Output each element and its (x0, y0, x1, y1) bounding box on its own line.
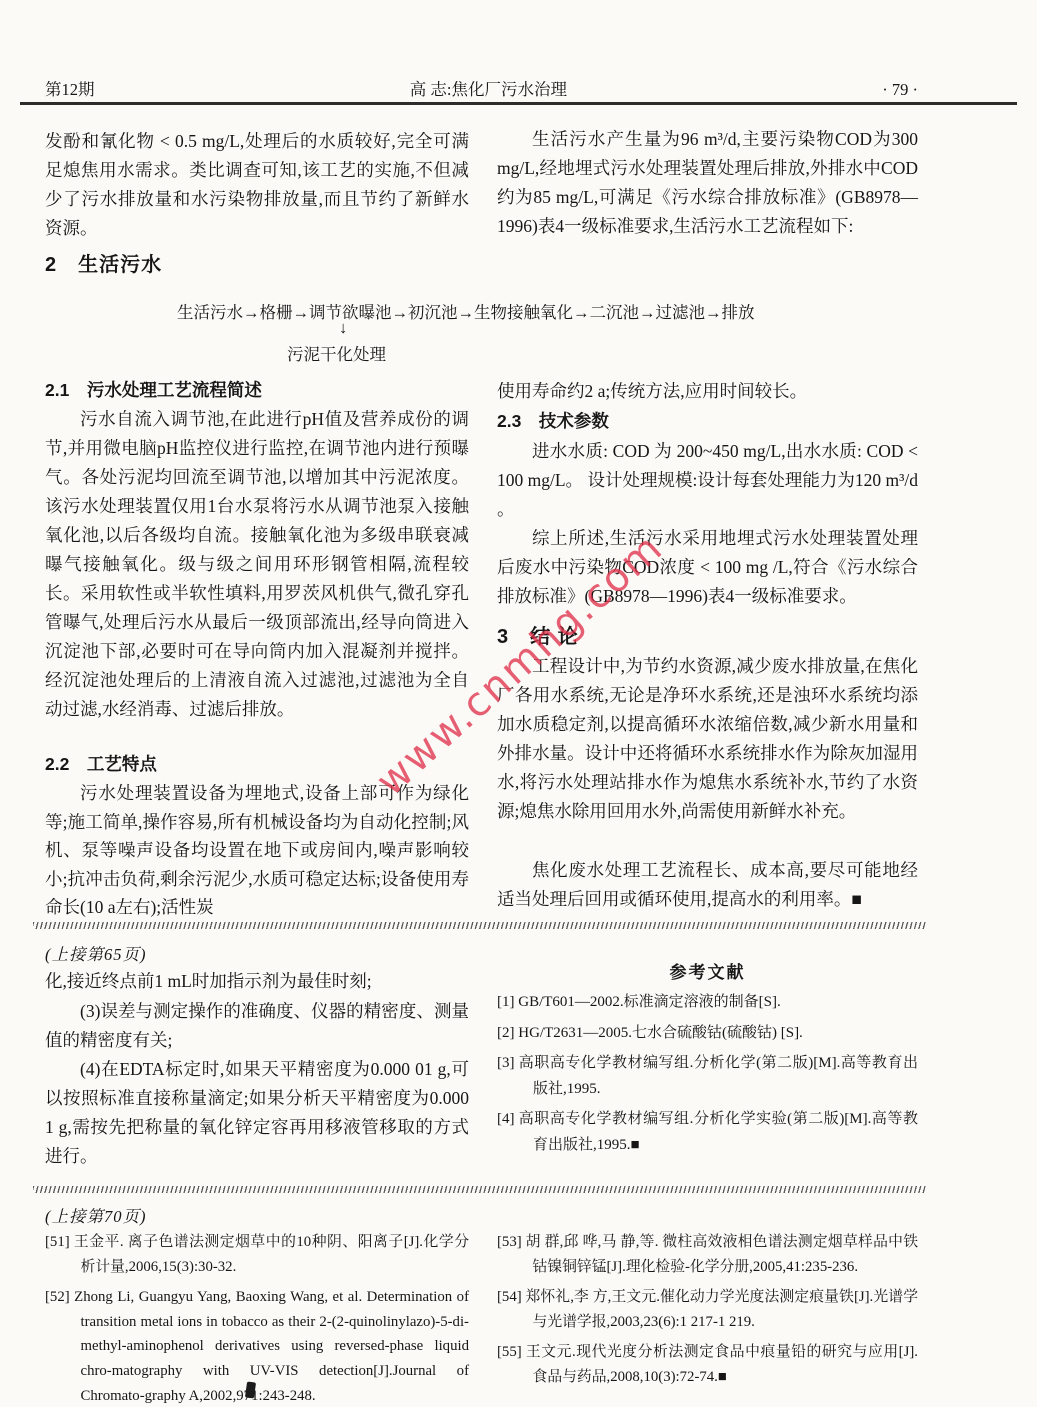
reference-item: [53] 胡 群,邱 哗,马 静,等. 微柱高效液相色谱法测定烟草样品中铁钴镍铜… (497, 1230, 918, 1279)
section-body-3-p2: 焦化废水处理工艺流程长、成本高,要尽可能地经适当处理后回用或循环使用,提高水的利… (497, 856, 918, 914)
continuation-label-65: (上接第65页) (45, 941, 147, 965)
section-body-2-3-p2: 综上所述,生活污水采用地埋式污水处理装置处理后废水中污染物COD浓度 < 100… (497, 524, 918, 611)
references-title: 参考文献 (497, 958, 918, 983)
section-divider-top (33, 922, 926, 929)
journal-issue: 第12期 (45, 76, 95, 100)
header-rule (20, 102, 1017, 105)
reference-item: [3] 高职高专化学教材编写组.分析化学(第二版)[M].高等教育出版社,199… (497, 1051, 918, 1102)
section-2-2-continued: 使用寿命约2 a;传统方法,应用时间较长。 (497, 377, 918, 406)
flow-main-line: 生活污水→格栅→调节欲曝池→初沉池→生物接触氧化→二沉池→过滤池→排放 (177, 299, 755, 323)
insert65-paragraph-1: 化,接近终点前1 mL时加指示剂为最佳时刻; (45, 967, 469, 996)
section-divider-bottom (33, 1186, 926, 1193)
reference-list-70-left: [51] 王金平. 离子色谱法测定烟草中的10种阴、阳离子[J].化学分析计量,… (45, 1230, 469, 1407)
flow-branch-label: 污泥干化处理 (287, 341, 386, 365)
insert65-paragraph-3: (4)在EDTA标定时,如果天平精密度为0.000 01 g,可以按照标准直接称… (45, 1055, 469, 1171)
flow-down-arrow-icon: ↓ (339, 318, 347, 338)
reference-item: [1] GB/T601—2002.标准滴定溶液的制备[S]. (497, 990, 918, 1016)
page-number: · 79 · (882, 80, 918, 100)
intro-paragraph-right: 生活污水产生量为96 m³/d,主要污染物COD为300 mg/L,经地埋式污水… (497, 125, 918, 241)
section-heading-3: 3 结 论 (497, 620, 579, 649)
page: 第12期 高 志:焦化厂污水治理 · 79 · 发酚和氰化物 < 0.5 mg/… (0, 0, 1037, 1407)
reference-list-70-right: [53] 胡 群,邱 哗,马 静,等. 微柱高效液相色谱法测定烟草样品中铁钴镍铜… (497, 1230, 918, 1396)
intro-paragraph-left: 发酚和氰化物 < 0.5 mg/L,处理后的水质较好,完全可满足熄焦用水需求。类… (45, 127, 469, 243)
section-body-2-1: 污水自流入调节池,在此进行pH值及营养成份的调节,并用微电脑pH监控仪进行监控,… (45, 405, 469, 724)
reference-item: [51] 王金平. 离子色谱法测定烟草中的10种阴、阳离子[J].化学分析计量,… (45, 1230, 469, 1279)
running-title: 高 志:焦化厂污水治理 (410, 76, 567, 100)
reference-item: [55] 王文元.现代光度分析法测定食品中痕量铅的研究与应用[J].食品与药品,… (497, 1340, 918, 1389)
reference-list-65: [1] GB/T601—2002.标准滴定溶液的制备[S]. [2] HG/T2… (497, 990, 918, 1163)
section-heading-2-3: 2.3 技术参数 (497, 408, 609, 433)
reference-item: [52] Zhong Li, Guangyu Yang, Baoxing Wan… (45, 1285, 469, 1407)
page-header: 第12期 高 志:焦化厂污水治理 · 79 · (45, 76, 918, 100)
section-body-3-p1: 工程设计中,为节约水资源,减少废水排放量,在焦化厂各用水系统,无论是净环水系统,… (497, 652, 918, 826)
section-body-2-2: 污水处理装置设备为埋地式,设备上部可作为绿化等;施工简单,操作容易,所有机械设备… (45, 779, 469, 922)
reference-item: [54] 郑怀礼,李 方,王文元.催化动力学光度法测定痕量铁[J].光谱学与光谱… (497, 1285, 918, 1334)
section-body-2-3-p1: 进水水质: COD 为 200~450 mg/L,出水水质: COD < 100… (497, 437, 918, 524)
reference-item: [2] HG/T2631—2005.七水合硫酸钴(硫酸钴) [S]. (497, 1021, 918, 1047)
reference-item: [4] 高职高专化学教材编写组.分析化学实验(第二版)[M].高等教育出版社,1… (497, 1107, 918, 1158)
section-heading-2-2: 2.2 工艺特点 (45, 751, 157, 776)
section-heading-2-1: 2.1 污水处理工艺流程简述 (45, 377, 262, 402)
insert65-paragraph-2: (3)误差与测定操作的准确度、仪器的精密度、测量值的精密度有关; (45, 997, 469, 1055)
continuation-label-70: (上接第70页) (45, 1203, 147, 1227)
section-heading-2: 2 生活污水 (45, 248, 162, 277)
